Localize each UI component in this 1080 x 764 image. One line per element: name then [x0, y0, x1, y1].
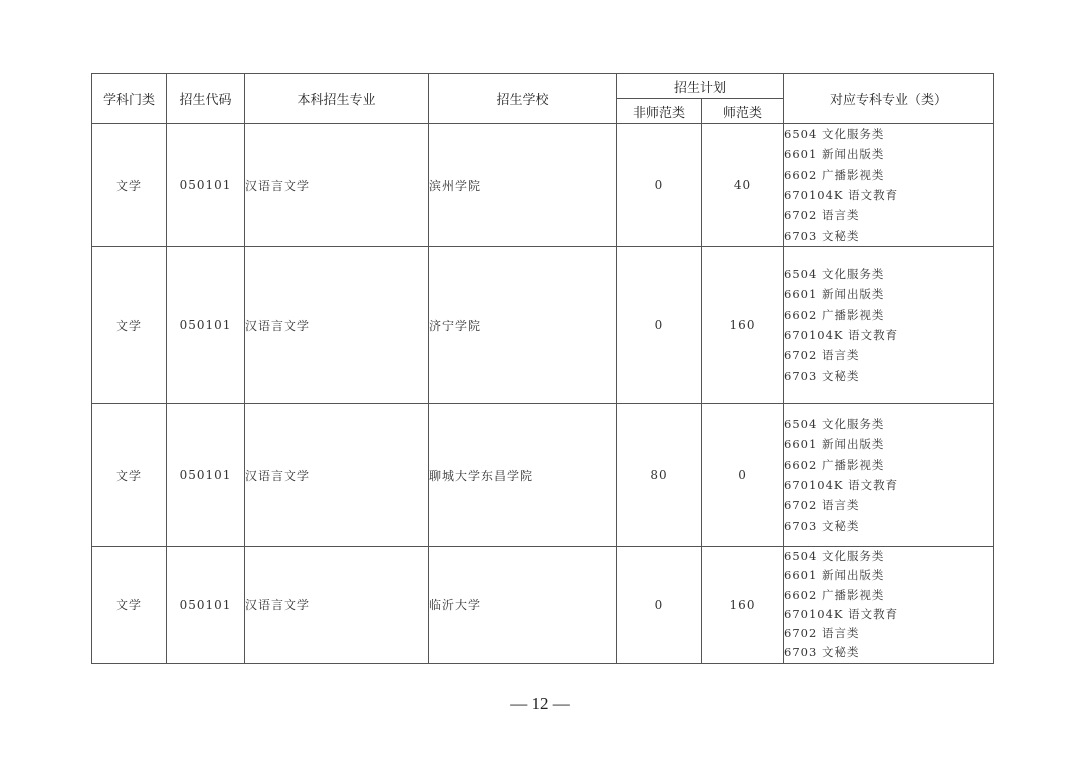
cell-school: 临沂大学 [429, 547, 617, 664]
related-item: 6601 新闻出版类 [784, 284, 993, 304]
related-item: 670104K 语文教育 [784, 605, 993, 624]
table-row: 文学 050101 汉语言文学 滨州学院 0 40 6504 文化服务类 660… [92, 124, 994, 247]
table-row: 文学 050101 汉语言文学 临沂大学 0 160 6504 文化服务类 66… [92, 547, 994, 664]
cell-code: 050101 [167, 404, 245, 547]
table-row: 文学 050101 汉语言文学 聊城大学东昌学院 80 0 6504 文化服务类… [92, 404, 994, 547]
related-item: 6702 语言类 [784, 205, 993, 225]
cell-normal: 40 [702, 124, 784, 247]
cell-category: 文学 [92, 124, 167, 247]
header-code: 招生代码 [167, 74, 245, 124]
cell-non-normal: 80 [617, 404, 702, 547]
header-non-normal: 非师范类 [617, 99, 702, 124]
related-item: 6702 语言类 [784, 624, 993, 643]
related-item: 6504 文化服务类 [784, 264, 993, 284]
cell-school: 济宁学院 [429, 247, 617, 404]
header-category: 学科门类 [92, 74, 167, 124]
cell-school: 聊城大学东昌学院 [429, 404, 617, 547]
cell-category: 文学 [92, 547, 167, 664]
related-item: 6702 语言类 [784, 345, 993, 365]
cell-related: 6504 文化服务类 6601 新闻出版类 6602 广播影视类 670104K… [784, 404, 994, 547]
cell-code: 050101 [167, 547, 245, 664]
related-item: 6504 文化服务类 [784, 414, 993, 434]
header-normal: 师范类 [702, 99, 784, 124]
cell-major: 汉语言文学 [245, 404, 429, 547]
related-item: 6703 文秘类 [784, 643, 993, 662]
header-school: 招生学校 [429, 74, 617, 124]
cell-school: 滨州学院 [429, 124, 617, 247]
cell-related: 6504 文化服务类 6601 新闻出版类 6602 广播影视类 670104K… [784, 124, 994, 247]
cell-normal: 160 [702, 547, 784, 664]
cell-non-normal: 0 [617, 247, 702, 404]
table-row: 文学 050101 汉语言文学 济宁学院 0 160 6504 文化服务类 66… [92, 247, 994, 404]
cell-normal: 160 [702, 247, 784, 404]
cell-category: 文学 [92, 404, 167, 547]
cell-major: 汉语言文学 [245, 124, 429, 247]
cell-normal: 0 [702, 404, 784, 547]
page-number: — 12 — [0, 694, 1080, 714]
cell-code: 050101 [167, 124, 245, 247]
related-item: 6602 广播影视类 [784, 305, 993, 325]
related-item: 6602 广播影视类 [784, 586, 993, 605]
cell-major: 汉语言文学 [245, 247, 429, 404]
related-item: 6602 广播影视类 [784, 455, 993, 475]
header-related: 对应专科专业（类） [784, 74, 994, 124]
related-item: 6602 广播影视类 [784, 165, 993, 185]
related-item: 6601 新闻出版类 [784, 144, 993, 164]
related-item: 6601 新闻出版类 [784, 434, 993, 454]
enrollment-table: 学科门类 招生代码 本科招生专业 招生学校 招生计划 对应专科专业（类） 非师范… [91, 73, 994, 664]
cell-non-normal: 0 [617, 124, 702, 247]
related-item: 6504 文化服务类 [784, 124, 993, 144]
related-item: 670104K 语文教育 [784, 325, 993, 345]
related-item: 670104K 语文教育 [784, 185, 993, 205]
related-item: 6703 文秘类 [784, 226, 993, 246]
cell-related: 6504 文化服务类 6601 新闻出版类 6602 广播影视类 670104K… [784, 247, 994, 404]
header-major: 本科招生专业 [245, 74, 429, 124]
related-item: 6504 文化服务类 [784, 547, 993, 566]
related-item: 6703 文秘类 [784, 516, 993, 536]
cell-related: 6504 文化服务类 6601 新闻出版类 6602 广播影视类 670104K… [784, 547, 994, 664]
cell-code: 050101 [167, 247, 245, 404]
related-item: 6702 语言类 [784, 495, 993, 515]
header-plan: 招生计划 [617, 74, 784, 99]
cell-category: 文学 [92, 247, 167, 404]
related-item: 670104K 语文教育 [784, 475, 993, 495]
cell-non-normal: 0 [617, 547, 702, 664]
cell-major: 汉语言文学 [245, 547, 429, 664]
related-item: 6601 新闻出版类 [784, 566, 993, 585]
related-item: 6703 文秘类 [784, 366, 993, 386]
